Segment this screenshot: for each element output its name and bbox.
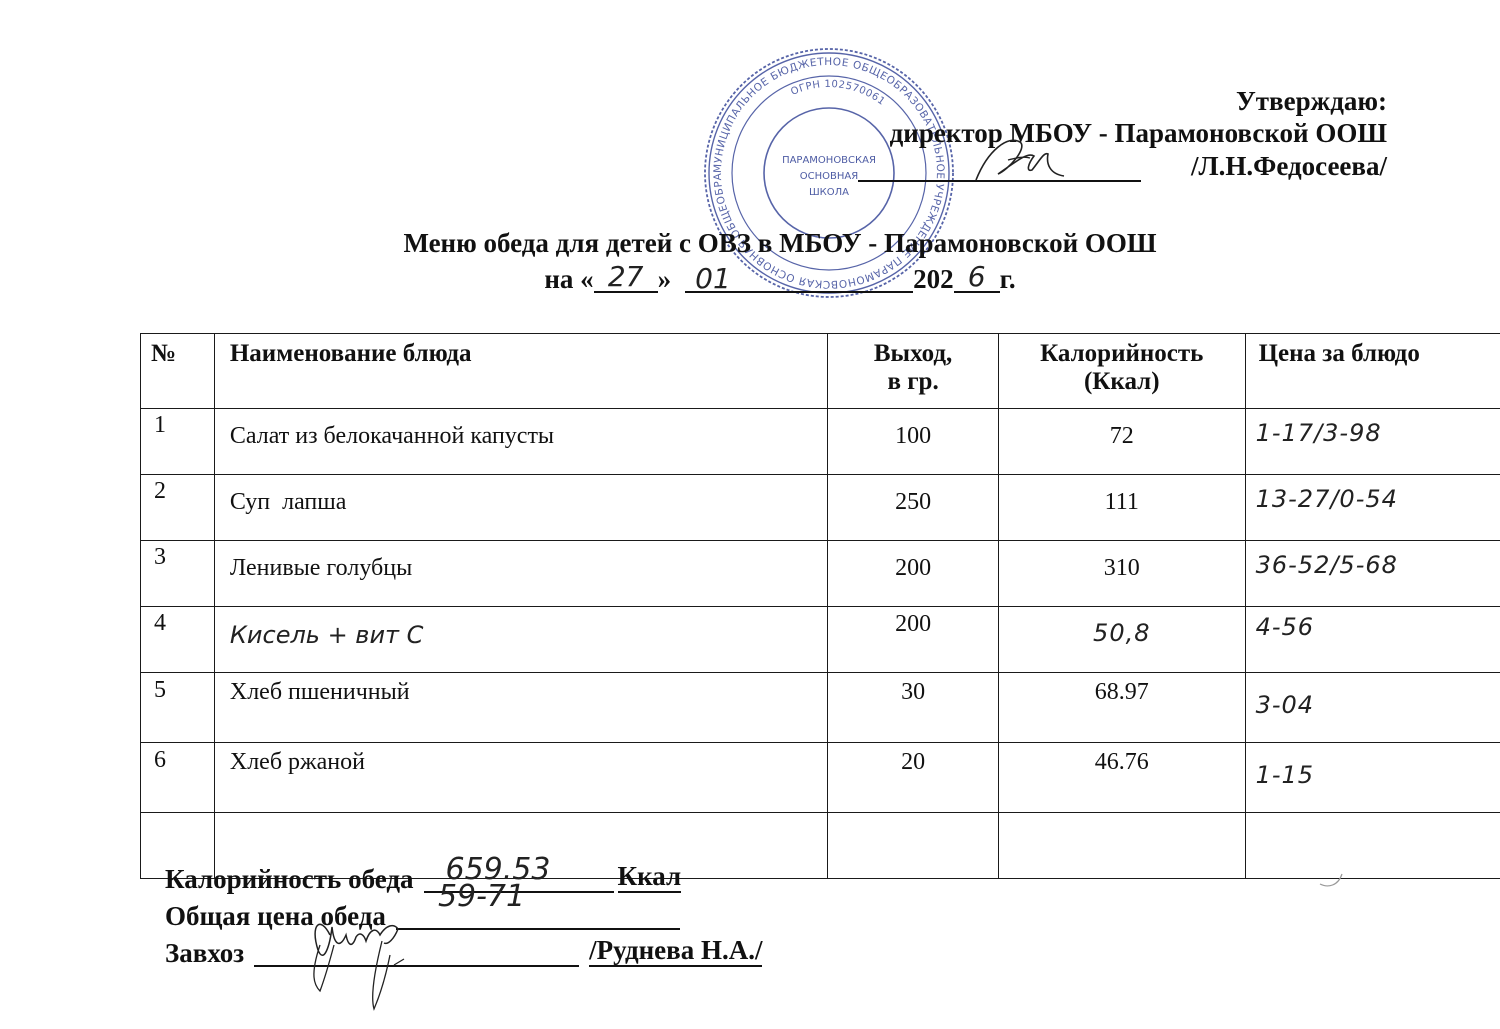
header-output: Выход, в гр. — [828, 334, 999, 409]
row-output: 200 — [828, 607, 999, 673]
row-calories: 68.97 — [998, 673, 1245, 743]
date-month-field: 01 — [685, 265, 913, 293]
svg-text:ОГРН 102570061: ОГРН 102570061 — [789, 79, 887, 108]
row-dish-name: Ленивые голубцы — [214, 541, 827, 607]
date-mid: » — [658, 266, 672, 293]
director-name: /Л.Н.Федосеева/ — [1191, 153, 1387, 180]
menu-table: № Наименование блюда Выход, в гр. Калори… — [140, 333, 1500, 879]
table-row: 1 Салат из белокачанной капусты 100 72 1… — [141, 409, 1500, 475]
row-dish-name: Суп лапша — [214, 475, 827, 541]
header-output-line2: в гр. — [828, 368, 998, 396]
menu-date: на « 27 » 01 202 6 г. — [0, 263, 1500, 293]
row-calories: 72 — [998, 409, 1245, 475]
row-output: 100 — [828, 409, 999, 475]
row-calories: 46.76 — [998, 743, 1245, 813]
school-stamp: МУНИЦИПАЛЬНОЕ БЮДЖЕТНОЕ ОБЩЕОБРАЗОВАТЕЛЬ… — [703, 47, 955, 299]
row-calories: 50,8 — [998, 607, 1245, 673]
page-title: Меню обеда для детей с ОВЗ в МБОУ - Пара… — [0, 230, 1500, 257]
approval-position: директор МБОУ - Парамоновской ООШ — [890, 120, 1387, 147]
date-prefix: на « — [544, 266, 593, 293]
row-dish-name: Хлеб ржаной — [214, 743, 827, 813]
row-output: 30 — [828, 673, 999, 743]
row-dish-name: Кисель + вит С — [214, 607, 827, 673]
row-num: 4 — [141, 607, 215, 673]
row-price: 13-27/0-54 — [1245, 475, 1500, 541]
header-calories-line2: (Ккал) — [999, 368, 1245, 396]
approval-title: Утверждаю: — [1236, 88, 1387, 115]
row-output: 200 — [828, 541, 999, 607]
date-day-field: 27 — [594, 263, 658, 293]
row-price: 36-52/5-68 — [1245, 541, 1500, 607]
row-num: 3 — [141, 541, 215, 607]
table-row: 3 Ленивые голубцы 200 310 36-52/5-68 — [141, 541, 1500, 607]
director-signature-icon — [968, 130, 1068, 190]
stamp-center-line-1: ПАРАМОНОВСКАЯ — [782, 155, 876, 166]
row-output — [828, 813, 999, 879]
row-dish-name: Салат из белокачанной капусты — [214, 409, 827, 475]
summary-calories: Калорийность обеда 659.53 Ккал — [165, 861, 681, 893]
row-num: 5 — [141, 673, 215, 743]
table-row: 2 Суп лапша 250 111 13-27/0-54 — [141, 475, 1500, 541]
stamp-center-line-3: ШКОЛА — [809, 187, 849, 198]
keeper-label: Завхоз — [165, 940, 244, 967]
row-num: 6 — [141, 743, 215, 813]
keeper-signature-icon — [290, 905, 440, 1015]
table-row: 5 Хлеб пшеничный 30 68.97 3-04 — [141, 673, 1500, 743]
row-num: 2 — [141, 475, 215, 541]
row-dish-name: Хлеб пшеничный — [214, 673, 827, 743]
calories-unit: Ккал — [618, 863, 682, 893]
row-calories: 310 — [998, 541, 1245, 607]
table-row: 4 Кисель + вит С 200 50,8 4-56 — [141, 607, 1500, 673]
row-output: 250 — [828, 475, 999, 541]
stamp-inner-text: ОГРН 102570061 — [789, 79, 887, 108]
row-price: 1-15 — [1245, 743, 1500, 813]
table-row: 6 Хлеб ржаной 20 46.76 1-15 — [141, 743, 1500, 813]
row-calories — [998, 813, 1245, 879]
row-calories: 111 — [998, 475, 1245, 541]
row-price: 1-17/3-98 — [1245, 409, 1500, 475]
price-value: 59-71 — [438, 882, 525, 912]
header-output-line1: Выход, — [828, 340, 998, 368]
date-year-field: 6 — [954, 263, 1000, 293]
header-calories-line1: Калорийность — [999, 340, 1245, 368]
table-header-row: № Наименование блюда Выход, в гр. Калори… — [141, 334, 1500, 409]
summary-keeper: Завхоз /Руднева Н.А./ — [165, 935, 762, 967]
stamp-center-line-2: ОСНОВНАЯ — [800, 171, 858, 182]
row-num: 1 — [141, 409, 215, 475]
header-price: Цена за блюдо — [1245, 334, 1500, 409]
header-num: № — [141, 334, 215, 409]
keeper-name: /Руднева Н.А./ — [589, 937, 762, 967]
header-calories: Калорийность (Ккал) — [998, 334, 1245, 409]
row-price — [1245, 813, 1500, 879]
date-year-prefix: 202 — [913, 266, 954, 293]
calories-label: Калорийность обеда — [165, 866, 414, 893]
row-output: 20 — [828, 743, 999, 813]
row-price: 3-04 — [1245, 673, 1500, 743]
header-name: Наименование блюда — [214, 334, 827, 409]
row-price: 4-56 — [1245, 607, 1500, 673]
pen-mark-icon — [1318, 870, 1346, 890]
date-suffix: г. — [1000, 266, 1016, 293]
